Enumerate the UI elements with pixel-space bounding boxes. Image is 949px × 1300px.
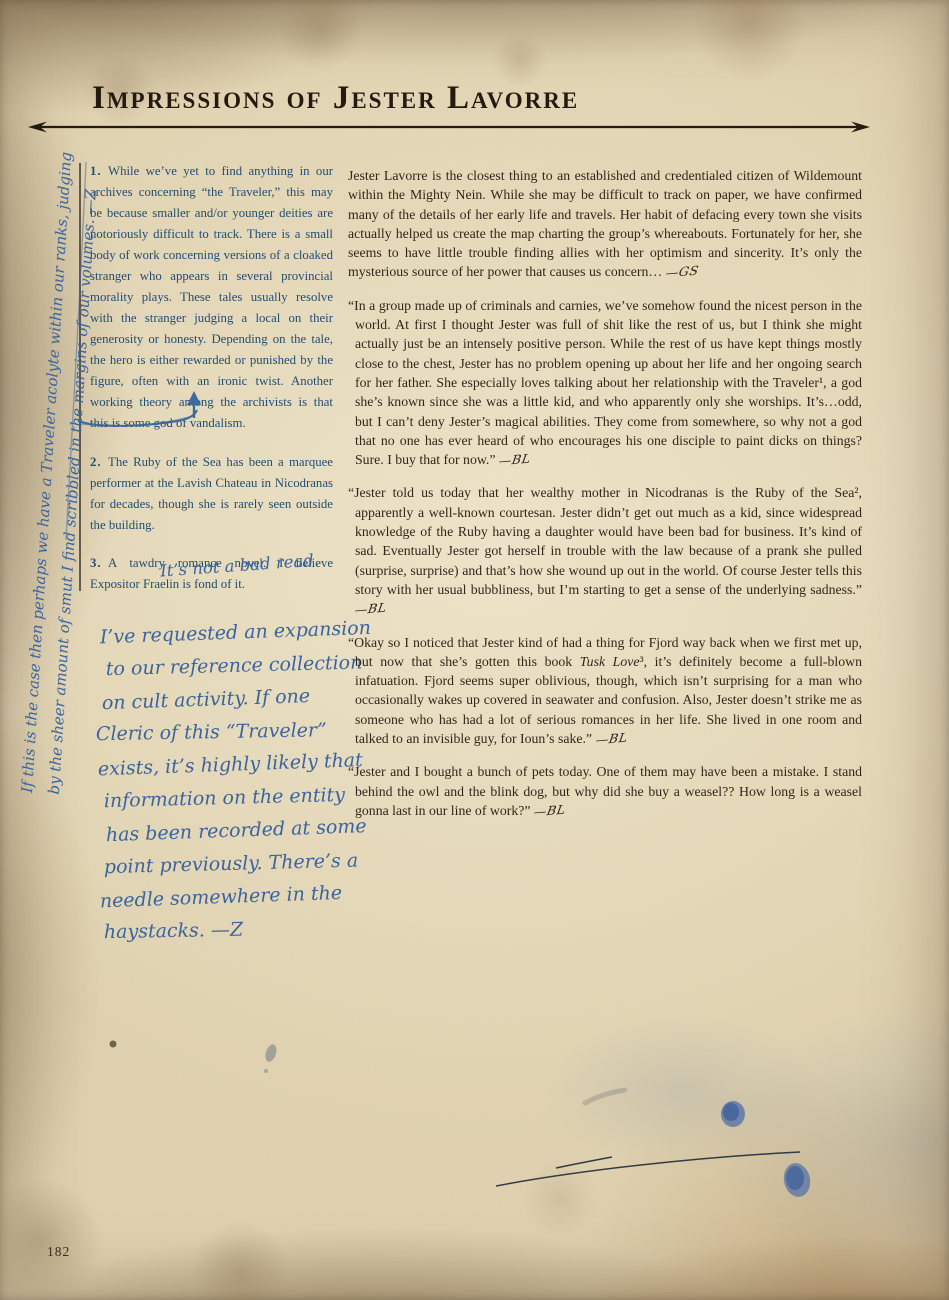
signature: —BL: [594, 728, 629, 750]
signature: —BL: [532, 800, 567, 822]
divider-arrowhead-right-icon: [851, 122, 870, 133]
footnote-2: 2. The Ruby of the Sea has been a marque…: [90, 452, 333, 536]
pen-scribble: [496, 1152, 800, 1186]
paragraph-text: “Jester told us today that her wealthy m…: [348, 485, 862, 596]
footnote-1: 1. While we’ve yet to find anything in o…: [90, 161, 333, 434]
divider-arrowhead-left-icon: [28, 122, 47, 133]
paragraph-5: “Jester and I bought a bunch of pets tod…: [348, 762, 862, 820]
paragraph-3: “Jester told us today that her wealthy m…: [348, 483, 862, 618]
book-page: Impressions of Jester Lavorre 1. While w…: [0, 0, 949, 1300]
paragraph-2: “In a group made up of criminals and car…: [348, 296, 862, 470]
title-divider-arrow: [28, 117, 870, 137]
paragraph-4: “Okay so I noticed that Jester kind of h…: [348, 633, 862, 749]
signature: —BL: [353, 598, 388, 620]
pen-scribble: [556, 1157, 612, 1168]
signature: —GS: [664, 261, 700, 283]
main-text-column: Jester Lavorre is the closest thing to a…: [348, 166, 862, 834]
ink-speckle: [110, 1041, 117, 1048]
ink-blot: [723, 1103, 739, 1121]
paragraph-text: “Jester and I bought a bunch of pets tod…: [348, 764, 862, 818]
handwritten-margin-note: I’ve requested an expansionto our refere…: [88, 622, 348, 952]
signature: —BL: [497, 449, 532, 471]
paragraph-1: Jester Lavorre is the closest thing to a…: [348, 166, 862, 282]
paragraph-text: “In a group made up of criminals and car…: [348, 298, 862, 467]
ink-speckle: [263, 1043, 278, 1063]
ink-blot: [721, 1101, 745, 1127]
ink-smudge: [585, 1090, 625, 1103]
ink-blot: [781, 1161, 814, 1200]
margin-note-line: haystacks. —Z: [104, 917, 349, 954]
page-title: Impressions of Jester Lavorre: [92, 80, 579, 117]
footnote-number: 3.: [90, 556, 102, 570]
ink-blot: [786, 1166, 804, 1190]
paragraph-text: Jester Lavorre is the closest thing to a…: [348, 168, 862, 279]
book-title-italic: Tusk Love: [580, 654, 640, 669]
footnote-number: 2.: [90, 455, 102, 469]
footnotes-list: 1. While we’ve yet to find anything in o…: [90, 161, 333, 613]
ink-speckle: [264, 1069, 268, 1073]
page-number: 182: [47, 1244, 70, 1260]
